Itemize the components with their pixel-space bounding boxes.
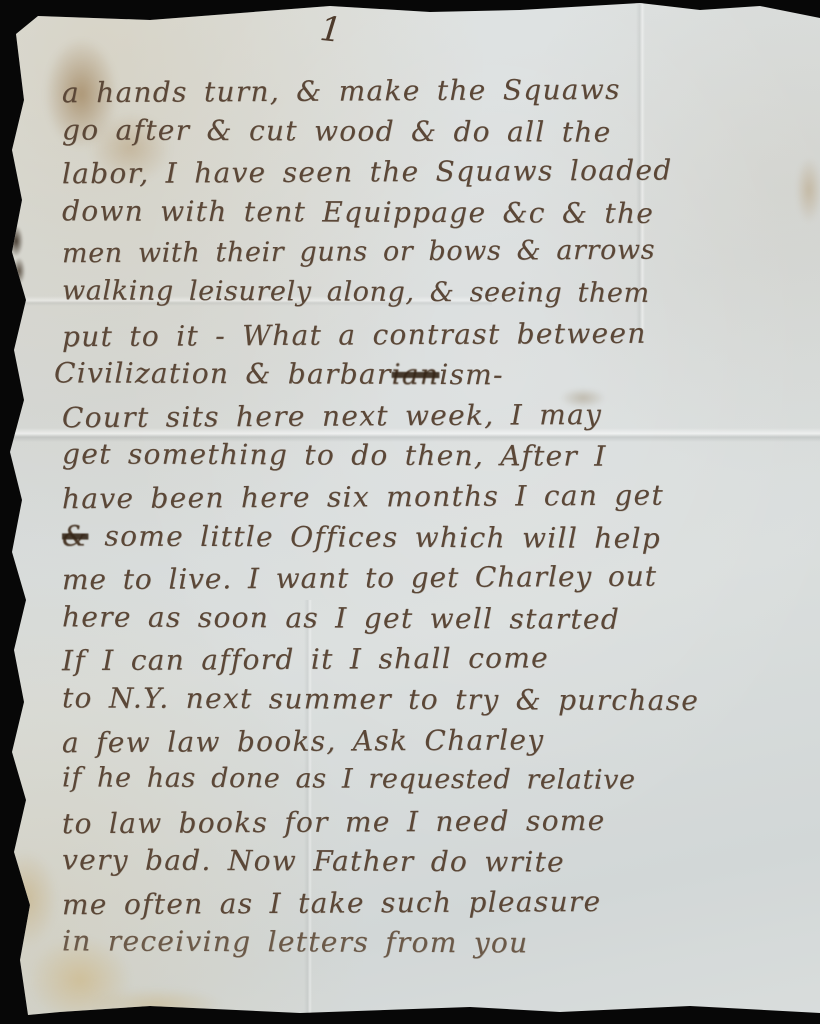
letter-line: get something to do then, After I xyxy=(62,438,814,482)
letter-paper: 1 a hands turn, & make the Squawsgo afte… xyxy=(0,0,820,1024)
letter-line: go after & cut wood & do all the xyxy=(62,113,814,157)
handwritten-text: very bad. Now Father do write xyxy=(62,844,565,879)
handwritten-text: down with tent Equippage &c & the xyxy=(62,194,654,230)
letter-line: If I can afford it I shall come xyxy=(62,640,814,685)
paper-stain xyxy=(5,312,15,328)
letter-line: very bad. Now Father do write xyxy=(62,844,814,888)
letter-line: to law books for me I need some xyxy=(62,802,814,847)
handwritten-text: If I can afford it I shall come xyxy=(62,642,549,678)
handwritten-text: if he has done as I requested relative xyxy=(62,762,636,796)
paper-stain xyxy=(0,850,58,946)
handwritten-text: go after & cut wood & do all the xyxy=(62,113,612,148)
handwritten-text: walking leisurely along, & seeing them xyxy=(62,275,650,309)
handwritten-text: put to it - What a contrast between xyxy=(62,316,647,353)
handwritten-text: Court sits here next week, I may xyxy=(62,398,602,434)
letter-line: here as soon as I get well started xyxy=(62,600,814,644)
letter-line: if he has done as I requested relative xyxy=(62,762,814,806)
letter-line: walking leisurely along, & seeing them xyxy=(62,275,814,319)
handwritten-text: to N.Y. next summer to try & purchase xyxy=(62,681,699,717)
page-number: 1 xyxy=(318,9,344,51)
handwritten-text: to law books for me I need some xyxy=(62,804,606,840)
letter-line: me to live. I want to get Charley out xyxy=(62,559,814,604)
handwritten-text: get something to do then, After I xyxy=(62,438,607,473)
letter-line: Court sits here next week, I may xyxy=(62,396,814,441)
handwritten-text: ism- xyxy=(439,358,504,391)
handwritten-text: me to live. I want to get Charley out xyxy=(62,560,657,597)
letter-line: in receiving letters from you xyxy=(62,925,814,969)
letter-line: a hands turn, & make the Squaws xyxy=(62,72,814,117)
struck-text: & xyxy=(62,519,88,552)
handwritten-text: a few law books, Ask Charley xyxy=(62,723,545,759)
letter-line: me often as I take such pleasure xyxy=(62,884,814,929)
handwritten-text: a hands turn, & make the Squaws xyxy=(62,73,621,109)
scanned-letter-page: 1 a hands turn, & make the Squawsgo afte… xyxy=(0,0,820,1024)
struck-text: ian xyxy=(392,358,440,391)
handwritten-text: here as soon as I get well started xyxy=(62,600,620,635)
letter-line: to N.Y. next summer to try & purchase xyxy=(62,681,814,725)
letter-line: Civilization & barbarianism- xyxy=(54,356,814,400)
letter-line: labor, I have seen the Squaws loaded xyxy=(62,153,814,198)
letter-line: have been here six months I can get xyxy=(62,478,814,523)
handwritten-text: me often as I take such pleasure xyxy=(62,885,602,921)
letter-line: down with tent Equippage &c & the xyxy=(62,194,814,238)
handwritten-text: labor, I have seen the Squaws loaded xyxy=(62,154,673,191)
letter-line: a few law books, Ask Charley xyxy=(62,721,814,766)
handwritten-text: some little Offices which will help xyxy=(88,519,661,554)
letter-line: & some little Offices which will help xyxy=(62,519,814,563)
paper-stain xyxy=(9,226,23,256)
handwritten-text: have been here six months I can get xyxy=(62,479,664,516)
letter-line: put to it - What a contrast between xyxy=(62,315,814,360)
letter-line: men with their guns or bows & arrows xyxy=(62,234,814,279)
handwritten-text: in receiving letters from you xyxy=(62,925,529,960)
letter-lines: a hands turn, & make the Squawsgo after … xyxy=(62,74,814,1024)
paper-stain xyxy=(13,258,25,284)
handwritten-text: Civilization & barbar xyxy=(54,356,392,390)
handwritten-text: men with their guns or bows & arrows xyxy=(62,235,655,270)
